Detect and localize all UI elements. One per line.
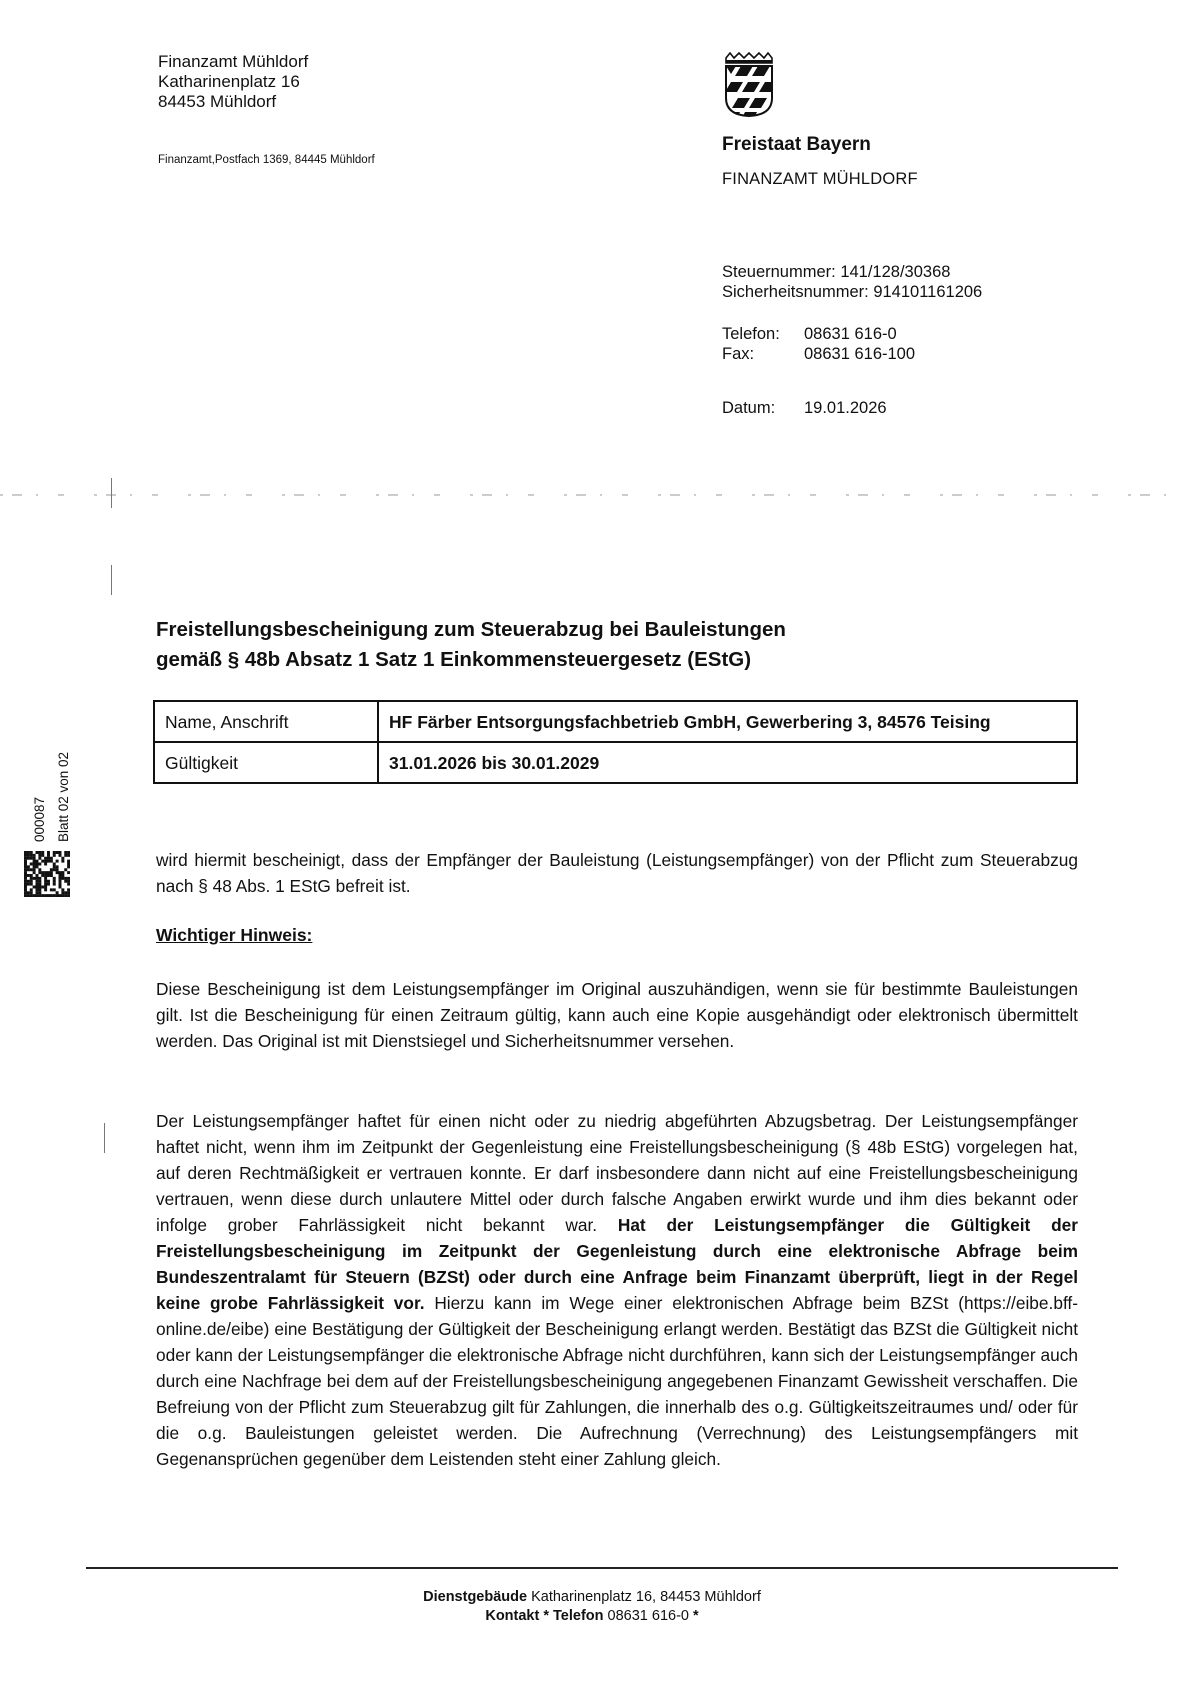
footer: Dienstgebäude Katharinenplatz 16, 84453 … xyxy=(0,1588,1184,1626)
notice-paragraph-2: Der Leistungsempfänger haftet für einen … xyxy=(156,1108,1078,1472)
certificate-table: Name, Anschrift HF Färber Entsorgungsfac… xyxy=(153,700,1078,784)
certificate-title: Freistellungsbescheinigung zum Steuerabz… xyxy=(156,615,786,675)
phone-row: Telefon: 08631 616-0 xyxy=(722,324,897,344)
title-line-1: Freistellungsbescheinigung zum Steuerabz… xyxy=(156,615,786,645)
fax-label: Fax: xyxy=(722,344,804,364)
document-code: 000087 xyxy=(32,797,47,842)
table-label: Name, Anschrift xyxy=(154,701,378,742)
footer-building: Dienstgebäude Katharinenplatz 16, 84453 … xyxy=(0,1588,1184,1607)
sender-line: 84453 Mühldorf xyxy=(158,92,308,112)
fax-row: Fax: 08631 616-100 xyxy=(722,344,915,364)
sheet-number: Blatt 02 von 02 xyxy=(56,752,71,842)
security-number-value: 914101161206 xyxy=(873,283,982,301)
building-label: Dienstgebäude xyxy=(423,1589,527,1605)
table-label: Gültigkeit xyxy=(154,742,378,783)
datamatrix-code-icon xyxy=(24,851,70,897)
phone-label: Telefon: xyxy=(722,324,804,344)
office-name: FINANZAMT MÜHLDORF xyxy=(722,170,918,189)
security-number-label: Sicherheitsnummer: xyxy=(722,283,869,301)
footer-divider xyxy=(86,1567,1118,1569)
tax-number-label: Steuernummer: xyxy=(722,263,836,281)
sender-line: Katharinenplatz 16 xyxy=(158,72,308,92)
tax-number-value: 141/128/30368 xyxy=(840,263,950,281)
side-annotation: 000087 Blatt 02 von 02 xyxy=(28,730,88,850)
date-row: Datum: 19.01.2026 xyxy=(722,398,887,418)
para2-text-cont: Hierzu kann im Wege einer elektronischen… xyxy=(156,1293,1078,1469)
footer-contact: Kontakt * Telefon 08631 616-0 * xyxy=(0,1607,1184,1626)
intro-text: wird hiermit bescheinigt, dass der Empfä… xyxy=(156,847,1078,899)
notice-heading: Wichtiger Hinweis: xyxy=(156,925,312,946)
date-label: Datum: xyxy=(722,398,804,418)
security-number: Sicherheitsnummer: 914101161206 xyxy=(722,282,982,302)
fold-mark xyxy=(111,478,112,508)
contact-phone: 08631 616-0 xyxy=(604,1608,694,1624)
contact-end: * xyxy=(693,1608,699,1624)
date-value: 19.01.2026 xyxy=(804,398,887,418)
table-row: Name, Anschrift HF Färber Entsorgungsfac… xyxy=(154,701,1077,742)
fold-mark xyxy=(111,565,112,595)
building-address: Katharinenplatz 16, 84453 Mühldorf xyxy=(527,1589,761,1605)
phone-value: 08631 616-0 xyxy=(804,324,897,344)
bavarian-coat-of-arms-icon xyxy=(723,52,775,118)
tax-number: Steuernummer: 141/128/30368 xyxy=(722,262,950,282)
table-value: HF Färber Entsorgungsfachbetrieb GmbH, G… xyxy=(378,701,1077,742)
fax-value: 08631 616-100 xyxy=(804,344,915,364)
notice-paragraph-1: Diese Bescheinigung ist dem Leistungsemp… xyxy=(156,976,1078,1054)
title-line-2: gemäß § 48b Absatz 1 Satz 1 Einkommenste… xyxy=(156,645,786,675)
fold-mark xyxy=(104,1123,105,1153)
sender-address: Finanzamt Mühldorf Katharinenplatz 16 84… xyxy=(158,52,308,112)
table-value: 31.01.2026 bis 30.01.2029 xyxy=(378,742,1077,783)
state-name: Freistaat Bayern xyxy=(722,134,871,156)
table-row: Gültigkeit 31.01.2026 bis 30.01.2029 xyxy=(154,742,1077,783)
return-address: Finanzamt,Postfach 1369, 84445 Mühldorf xyxy=(158,154,375,166)
contact-label: Kontakt * Telefon xyxy=(485,1608,603,1624)
fold-mark-line xyxy=(0,493,1184,497)
sender-line: Finanzamt Mühldorf xyxy=(158,52,308,72)
